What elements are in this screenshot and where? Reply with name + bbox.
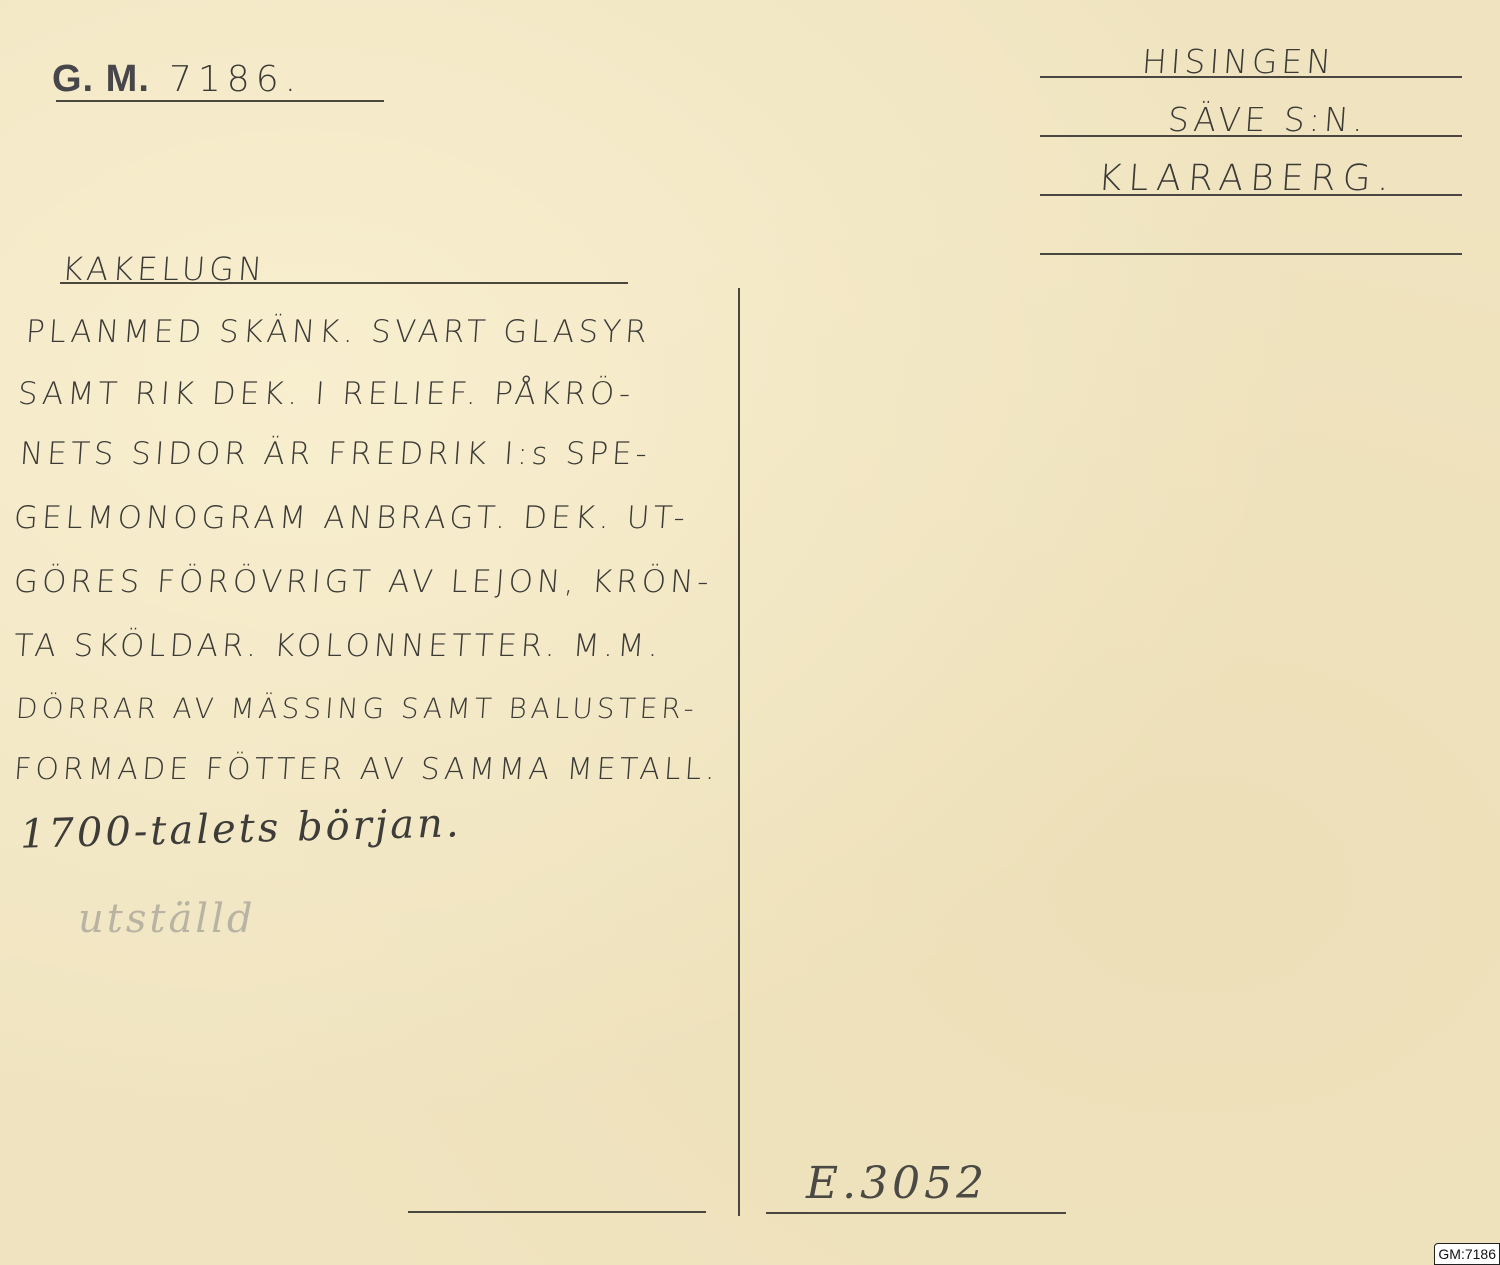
description-line: FORMADE FÖTTER AV SAMMA METALL. bbox=[13, 752, 720, 787]
description-line: DÖRRAR AV MÄSSING SAMT BALUSTER- bbox=[15, 692, 699, 725]
location-rule-1 bbox=[1040, 76, 1462, 78]
title-underline bbox=[60, 282, 628, 284]
location-rule-2 bbox=[1040, 135, 1462, 137]
bottom-left-rule bbox=[408, 1211, 706, 1213]
description-line: NETS SIDOR ÄR FREDRIK I:s SPE- bbox=[19, 436, 652, 472]
location-rule-4 bbox=[1040, 253, 1462, 255]
description-line: GELMONOGRAM ANBRAGT. DEK. UT- bbox=[13, 500, 690, 536]
column-divider bbox=[738, 288, 740, 1216]
description-line: TA SKÖLDAR. KOLONNETTER. M.M. bbox=[13, 628, 664, 664]
description-line: GÖRES FÖRÖVRIGT AV LEJON, KRÖN- bbox=[13, 564, 714, 600]
catalog-header: G. M. 7186. bbox=[52, 58, 302, 101]
dating: 1700-talets början. bbox=[19, 800, 462, 858]
image-label: GM:7186 bbox=[1434, 1243, 1500, 1265]
header-underline bbox=[56, 100, 384, 102]
location-line-3: KLARABERG. bbox=[1097, 158, 1398, 199]
stamp-prefix: G. M. bbox=[52, 58, 150, 100]
inventory-underline bbox=[766, 1212, 1066, 1214]
catalog-number: 7186. bbox=[169, 59, 302, 100]
status-note: utställd bbox=[78, 896, 255, 942]
inventory-number: E.3052 bbox=[806, 1158, 988, 1209]
location-line-2: SÄVE S:N. bbox=[1167, 100, 1369, 139]
description-line: PLANMED SKÄNK. SVART GLASYR bbox=[25, 314, 652, 350]
description-line: SAMT RIK DEK. I RELIEF. PÅKRÖ- bbox=[17, 376, 636, 412]
location-rule-3 bbox=[1040, 194, 1462, 196]
